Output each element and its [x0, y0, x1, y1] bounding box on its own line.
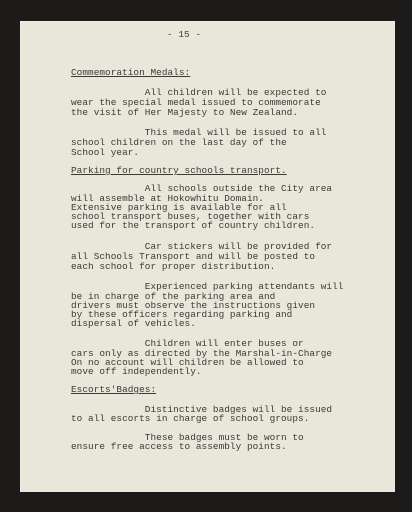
- paragraph-line: to all escorts in charge of school group…: [71, 414, 309, 424]
- heading-commemoration-medals: Commemoration Medals:: [71, 68, 190, 78]
- paragraph-line: move off independently.: [71, 367, 202, 377]
- paragraph-line: dispersal of vehicles.: [71, 319, 196, 329]
- document-page: - 15 - Commemoration Medals: All childre…: [20, 21, 395, 492]
- paragraph-line: School year.: [71, 148, 139, 158]
- page-number: - 15 -: [167, 30, 201, 40]
- paragraph-line: ensure free access to assembly points.: [71, 442, 287, 452]
- paragraph-line: each school for proper distribution.: [71, 262, 275, 272]
- heading-escorts-badges: Escorts'Badges:: [71, 385, 156, 395]
- paragraph-line: the visit of Her Majesty to New Zealand.: [71, 108, 298, 118]
- paragraph-line: used for the transport of country childr…: [71, 221, 315, 231]
- heading-parking: Parking for country schools transport.: [71, 166, 287, 176]
